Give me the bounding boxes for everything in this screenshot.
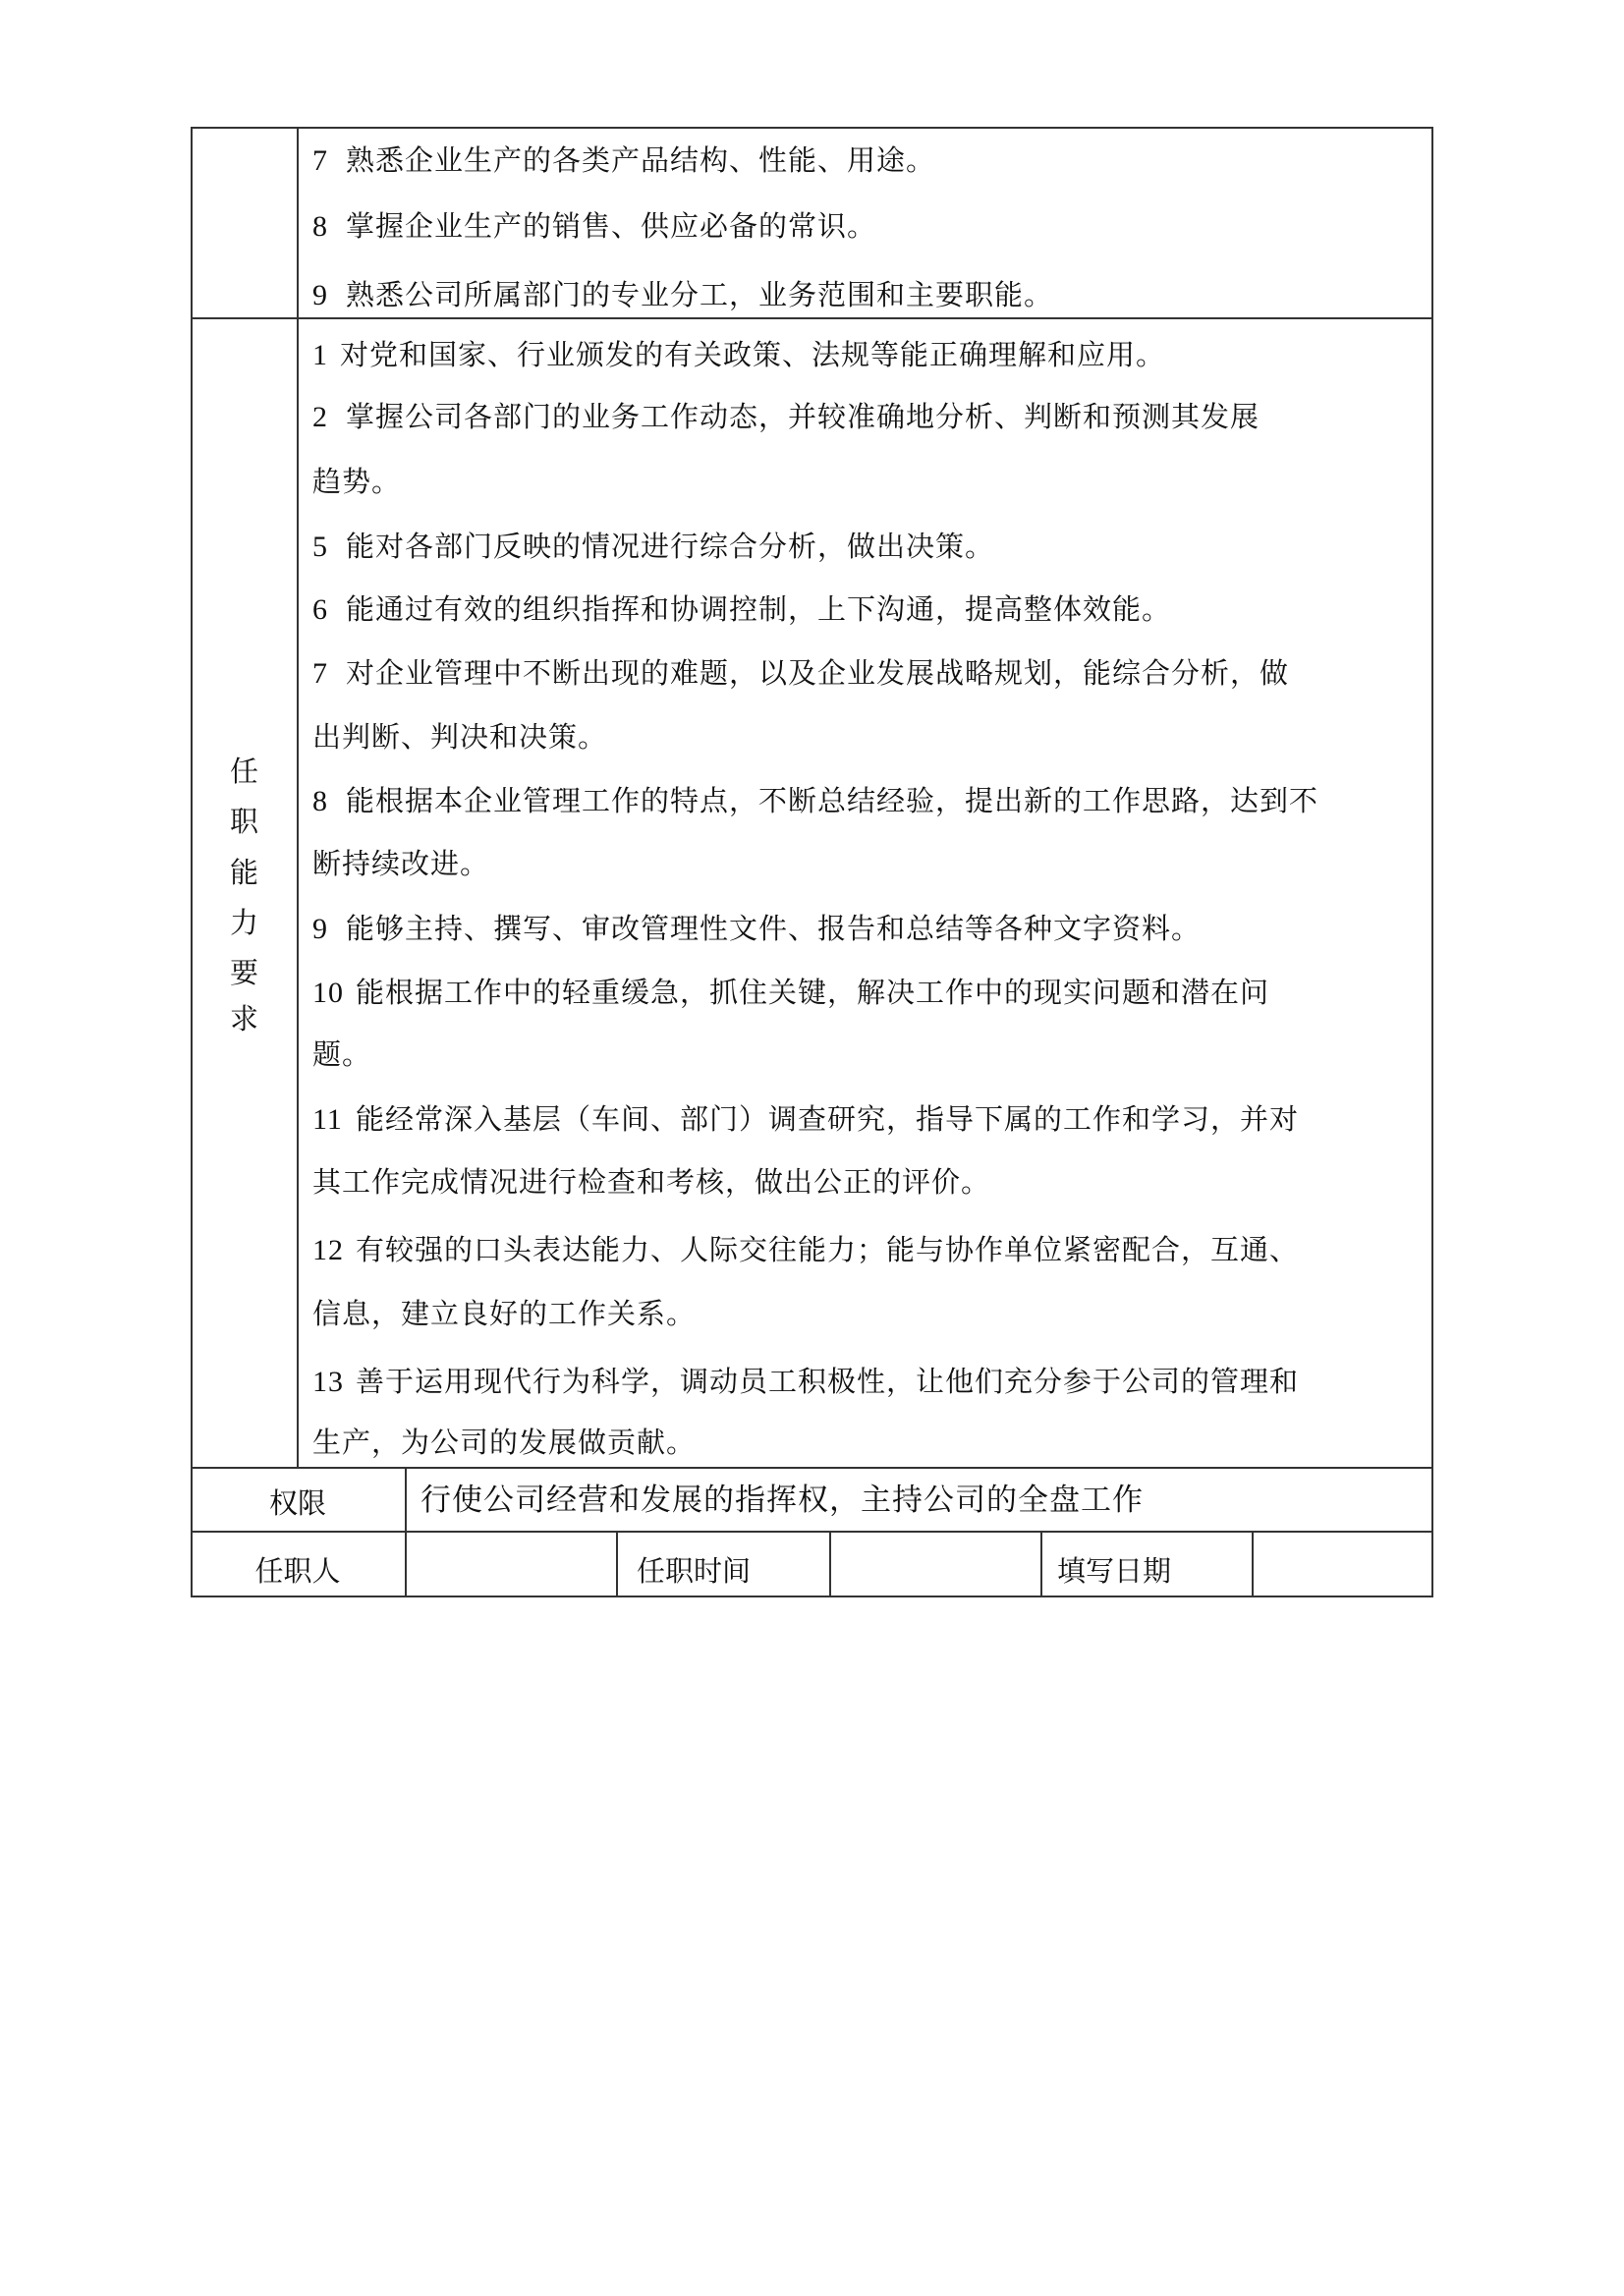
item-number: 2	[312, 400, 346, 435]
list-item-continuation: 生产，为公司的发展做贡献。	[312, 1425, 696, 1460]
item-text: 能根据本企业管理工作的特点，不断总结经验，提出新的工作思路，达到不	[346, 784, 1318, 817]
item-text: 其工作完成情况进行检查和考核，做出公正的评价。	[312, 1165, 990, 1199]
item-text: 掌握公司各部门的业务工作动态，并较准确地分析、判断和预测其发展	[346, 400, 1260, 433]
row-divider-3	[191, 1531, 1432, 1533]
list-item: 6能通过有效的组织指挥和协调控制，上下沟通，提高整体效能。	[312, 591, 1171, 627]
item-text: 能根据工作中的轻重缓急，抓住关键，解决工作中的现实问题和潜在问	[356, 976, 1269, 1009]
item-number: 9	[312, 278, 346, 313]
authority-value: 行使公司经营和发展的指挥权，主持公司的全盘工作	[420, 1483, 1144, 1518]
list-item-continuation: 其工作完成情况进行检查和考核，做出公正的评价。	[312, 1164, 990, 1200]
list-item: 9能够主持、撰写、审改管理性文件、报告和总结等各种文字资料。	[312, 911, 1201, 946]
item-text: 能通过有效的组织指挥和协调控制，上下沟通，提高整体效能。	[346, 592, 1171, 626]
item-text: 题。	[312, 1037, 371, 1071]
item-text: 生产，为公司的发展做贡献。	[312, 1426, 696, 1459]
item-text: 出判断、判决和决策。	[312, 720, 607, 754]
table-right-border	[1431, 127, 1433, 1597]
item-number: 6	[312, 592, 346, 628]
item-number: 8	[312, 784, 346, 819]
holder-value-cell[interactable]	[407, 1533, 616, 1596]
item-number: 7	[312, 143, 346, 179]
item-text: 能经常深入基层（车间、部门）调查研究，指导下属的工作和学习，并对	[356, 1102, 1299, 1136]
item-number: 12	[312, 1233, 356, 1268]
date-label: 填写日期	[1057, 1553, 1171, 1589]
tenure-value-cell[interactable]	[831, 1533, 1040, 1596]
item-text: 有较强的口头表达能力、人际交往能力；能与协作单位紧密配合，互通、	[356, 1233, 1299, 1266]
label-char: 能	[191, 855, 298, 890]
item-text: 信息，建立良好的工作关系。	[312, 1297, 696, 1330]
item-text: 断持续改进。	[312, 847, 489, 880]
list-item-continuation: 断持续改进。	[312, 846, 489, 881]
table-bottom-border	[191, 1596, 1432, 1597]
bottom-col-divider-4	[1040, 1531, 1042, 1597]
label-char: 职	[191, 804, 298, 839]
item-number: 8	[312, 209, 346, 245]
list-item: 10能根据工作中的轻重缓急，抓住关键，解决工作中的现实问题和潜在问	[312, 975, 1269, 1010]
list-item: 1对党和国家、行业颁发的有关政策、法规等能正确理解和应用。	[312, 337, 1165, 372]
item-text: 能对各部门反映的情况进行综合分析，做出决策。	[346, 530, 994, 563]
list-item: 7对企业管理中不断出现的难题，以及企业发展战略规划，能综合分析，做	[312, 655, 1289, 691]
authority-label: 权限	[191, 1485, 405, 1521]
item-text: 对党和国家、行业颁发的有关政策、法规等能正确理解和应用。	[340, 338, 1165, 371]
list-item: 2掌握公司各部门的业务工作动态，并较准确地分析、判断和预测其发展	[312, 399, 1260, 434]
date-value-cell[interactable]	[1254, 1533, 1431, 1596]
item-text: 善于运用现代行为科学，调动员工积极性，让他们充分参于公司的管理和	[356, 1365, 1299, 1398]
list-item-continuation: 出判断、判决和决策。	[312, 719, 607, 755]
item-text: 熟悉企业生产的各类产品结构、性能、用途。	[346, 143, 935, 177]
list-item-continuation: 趋势。	[312, 464, 401, 499]
item-text: 掌握企业生产的销售、供应必备的常识。	[346, 209, 876, 243]
row-divider-1	[191, 317, 1432, 319]
label-char: 力	[191, 905, 298, 940]
holder-label: 任职人	[191, 1553, 405, 1589]
label-char: 求	[191, 1001, 298, 1036]
list-item-continuation: 题。	[312, 1036, 371, 1072]
item-number: 13	[312, 1365, 356, 1400]
list-item: 9熟悉公司所属部门的专业分工，业务范围和主要职能。	[312, 277, 1053, 312]
list-item: 8掌握企业生产的销售、供应必备的常识。	[312, 208, 876, 244]
label-char: 任	[191, 754, 298, 789]
label-char: 要	[191, 955, 298, 990]
item-text: 能够主持、撰写、审改管理性文件、报告和总结等各种文字资料。	[346, 912, 1201, 945]
item-text: 熟悉公司所属部门的专业分工，业务范围和主要职能。	[346, 278, 1053, 311]
item-number: 7	[312, 656, 346, 692]
list-item: 8能根据本企业管理工作的特点，不断总结经验，提出新的工作思路，达到不	[312, 783, 1318, 818]
list-item: 12有较强的口头表达能力、人际交往能力；能与协作单位紧密配合，互通、	[312, 1232, 1299, 1267]
list-item: 11能经常深入基层（车间、部门）调查研究，指导下属的工作和学习，并对	[312, 1101, 1299, 1137]
tenure-label: 任职时间	[637, 1553, 751, 1589]
table-top-border	[191, 127, 1432, 129]
item-number: 5	[312, 530, 346, 565]
item-number: 10	[312, 976, 356, 1011]
item-text: 对企业管理中不断出现的难题，以及企业发展战略规划，能综合分析，做	[346, 656, 1289, 690]
list-item: 13善于运用现代行为科学，调动员工积极性，让他们充分参于公司的管理和	[312, 1364, 1299, 1399]
label-column-divider	[297, 127, 299, 1469]
document-page: 7熟悉企业生产的各类产品结构、性能、用途。 8掌握企业生产的销售、供应必备的常识…	[0, 0, 1624, 2296]
item-number: 11	[312, 1102, 356, 1138]
item-number: 1	[312, 338, 340, 373]
list-item-continuation: 信息，建立良好的工作关系。	[312, 1296, 696, 1331]
item-text: 趋势。	[312, 465, 401, 498]
row-divider-2	[191, 1467, 1432, 1469]
bottom-col-divider-2	[616, 1531, 618, 1597]
item-number: 9	[312, 912, 346, 947]
list-item: 7熟悉企业生产的各类产品结构、性能、用途。	[312, 142, 935, 178]
list-item: 5能对各部门反映的情况进行综合分析，做出决策。	[312, 529, 994, 564]
